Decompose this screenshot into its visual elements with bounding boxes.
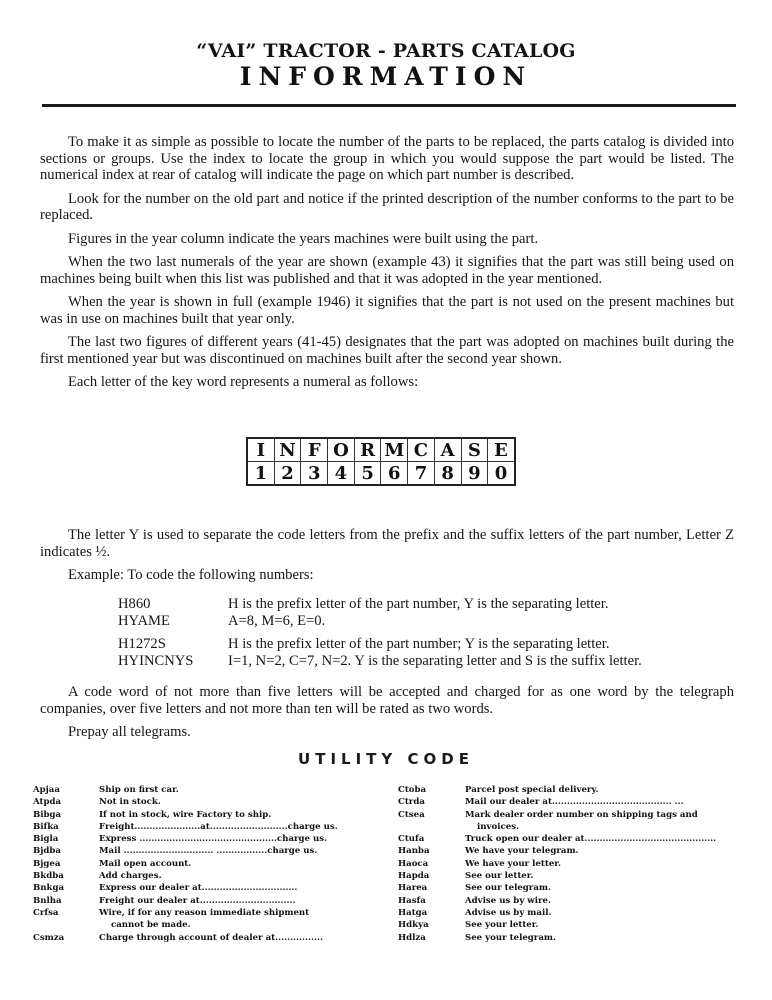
utility-code-row: AtpdaNot in stock. (33, 796, 343, 808)
utility-code-meaning-text: See your telegram. (465, 933, 556, 943)
utility-code-word: Apjaa (33, 784, 99, 796)
paragraph: The last two figures of different years … (40, 334, 734, 367)
utility-code-row: ApjaaShip on first car. (33, 784, 343, 796)
catalog-page: “VAI” TRACTOR - PARTS CATALOG INFORMATIO… (0, 0, 772, 1000)
example-row: HYINCNYS I=1, N=2, C=7, N=2. Y is the se… (118, 653, 642, 670)
example-row: H860 H is the prefix letter of the part … (118, 596, 642, 613)
utility-code-meaning: Express our dealer at...................… (99, 882, 343, 894)
utility-code-word: Bjgea (33, 858, 99, 870)
utility-code-meaning: Parcel post special delivery. (465, 784, 734, 796)
closing-section: A code word of not more than five letter… (40, 684, 734, 748)
utility-code-word: Bibga (33, 809, 99, 821)
intro-section: To make it as simple as possible to loca… (40, 134, 734, 398)
utility-code-meaning-text: Not in stock. (99, 797, 161, 807)
utility-code-meaning: We have your letter. (465, 858, 734, 870)
utility-code-word: Crfsa (33, 907, 99, 932)
utility-code-meaning-text: See our letter. (465, 871, 534, 881)
key-letter: A (434, 438, 461, 462)
key-numeral: 0 (488, 462, 515, 486)
utility-code-meaning-text: Express our dealer at...................… (99, 883, 297, 893)
utility-code-meaning-text: We have your telegram. (465, 846, 579, 856)
utility-code-meaning: If not in stock, wire Factory to ship. (99, 809, 343, 821)
utility-code-meaning: See your telegram. (465, 932, 734, 944)
utility-code-meaning-text: Advise us by wire. (465, 896, 551, 906)
utility-code-word: Bkdba (33, 870, 99, 882)
utility-code-row: BnlhaFreight our dealer at..............… (33, 895, 343, 907)
utility-code-word: Harea (398, 882, 465, 894)
utility-code-meaning-continuation: invoices. (465, 821, 734, 833)
utility-code-row: BjgeaMail open account. (33, 858, 343, 870)
paragraph: Look for the number on the old part and … (40, 191, 734, 224)
example-code: HYAME (118, 613, 228, 630)
utility-code-word: Bnlha (33, 895, 99, 907)
utility-code-row: CtrdaMail our dealer at.................… (398, 796, 734, 808)
example-text: H is the prefix letter of the part numbe… (228, 636, 609, 653)
key-letter: C (408, 438, 435, 462)
utility-code-word: Haoca (398, 858, 465, 870)
key-letter: I (247, 438, 274, 462)
utility-code-row: BibgaIf not in stock, wire Factory to sh… (33, 809, 343, 821)
example-group: H1272S H is the prefix letter of the par… (118, 636, 642, 669)
example-code: H1272S (118, 636, 228, 653)
paragraph: When the year is shown in full (example … (40, 294, 734, 327)
utility-code-word: Hdkya (398, 919, 465, 931)
utility-code-word: Hatga (398, 907, 465, 919)
utility-code-meaning: Mail open account. (99, 858, 343, 870)
utility-code-meaning-text: Ship on first car. (99, 785, 179, 795)
example-group: H860 H is the prefix letter of the part … (118, 596, 642, 629)
utility-code-meaning-text: Freight our dealer at...................… (99, 896, 296, 906)
utility-code-meaning-text: Add charges. (99, 871, 162, 881)
utility-code-meaning: Advise us by mail. (465, 907, 734, 919)
example-row: HYAME A=8, M=6, E=0. (118, 613, 642, 630)
utility-code-word: Csmza (33, 932, 99, 944)
utility-code-word: Hanba (398, 845, 465, 857)
utility-code-meaning: See our letter. (465, 870, 734, 882)
utility-code-word: Ctufa (398, 833, 465, 845)
paragraph: Figures in the year column indicate the … (40, 231, 734, 248)
utility-code-meaning-text: We have your letter. (465, 859, 561, 869)
paragraph: Example: To code the following numbers: (40, 567, 734, 584)
utility-code-meaning: Express ................................… (99, 833, 343, 845)
utility-code-word: Hasfa (398, 895, 465, 907)
key-numerals-row: 1 2 3 4 5 6 7 8 9 0 (247, 462, 515, 486)
utility-code-meaning: See your letter. (465, 919, 734, 931)
utility-code-meaning: Freight our dealer at...................… (99, 895, 343, 907)
utility-code-meaning: Freight......................at.........… (99, 821, 343, 833)
utility-code-row: HdlzaSee your telegram. (398, 932, 734, 944)
utility-code-row: BjdbaMail ..............................… (33, 845, 343, 857)
paragraph: The letter Y is used to separate the cod… (40, 527, 734, 560)
catalog-subtitle: “VAI” TRACTOR - PARTS CATALOG (0, 40, 772, 62)
key-numeral: 9 (461, 462, 488, 486)
key-numeral: 5 (354, 462, 381, 486)
utility-code-meaning-text: Advise us by mail. (465, 908, 552, 918)
utility-code-title: UTILITY CODE (0, 750, 772, 768)
paragraph: When the two last numerals of the year a… (40, 254, 734, 287)
utility-code-word: Ctrda (398, 796, 465, 808)
utility-code-row: BifkaFreight......................at....… (33, 821, 343, 833)
utility-code-meaning-text: Mail our dealer at......................… (465, 797, 684, 807)
utility-code-word: Bifka (33, 821, 99, 833)
utility-code-word: Hdlza (398, 932, 465, 944)
utility-code-meaning-text: If not in stock, wire Factory to ship. (99, 810, 271, 820)
utility-code-row: CtufaTruck open our dealer at...........… (398, 833, 734, 845)
key-numeral: 1 (247, 462, 274, 486)
utility-code-meaning-text: Wire, if for any reason immediate shipme… (99, 908, 309, 918)
key-numeral: 8 (434, 462, 461, 486)
key-letter: R (354, 438, 381, 462)
utility-code-meaning-text: Charge through account of dealer at.....… (99, 933, 323, 943)
key-letter: E (488, 438, 515, 462)
utility-code-row: BnkgaExpress our dealer at..............… (33, 882, 343, 894)
paragraph: Prepay all telegrams. (40, 724, 734, 741)
key-letter: M (381, 438, 408, 462)
utility-code-word: Ctoba (398, 784, 465, 796)
utility-code-meaning-continuation: cannot be made. (99, 919, 343, 931)
utility-code-meaning-text: Mail open account. (99, 859, 191, 869)
paragraph: A code word of not more than five letter… (40, 684, 734, 717)
key-letter: S (461, 438, 488, 462)
header-divider (42, 104, 736, 107)
utility-code-word: Ctsea (398, 809, 465, 834)
utility-code-meaning-text: Freight......................at.........… (99, 822, 338, 832)
utility-code-meaning-text: Express ................................… (99, 834, 327, 844)
utility-code-meaning-text: See our telegram. (465, 883, 551, 893)
key-numeral: 3 (301, 462, 328, 486)
utility-code-word: Bjdba (33, 845, 99, 857)
key-numeral: 2 (274, 462, 301, 486)
utility-code-meaning: Advise us by wire. (465, 895, 734, 907)
example-row: H1272S H is the prefix letter of the par… (118, 636, 642, 653)
utility-code-row: HareaSee our telegram. (398, 882, 734, 894)
paragraph: Each letter of the key word represents a… (40, 374, 734, 391)
utility-code-meaning: Mail our dealer at......................… (465, 796, 734, 808)
utility-code-meaning-text: See your letter. (465, 920, 539, 930)
utility-code-meaning: We have your telegram. (465, 845, 734, 857)
utility-code-row: HdkyaSee your letter. (398, 919, 734, 931)
utility-code-meaning: Not in stock. (99, 796, 343, 808)
coding-examples: H860 H is the prefix letter of the part … (118, 596, 642, 676)
page-title: INFORMATION (0, 62, 772, 91)
utility-code-word: Atpda (33, 796, 99, 808)
utility-code-row: CtobaParcel post special delivery. (398, 784, 734, 796)
utility-code-row: HanbaWe have your telegram. (398, 845, 734, 857)
example-code: HYINCNYS (118, 653, 228, 670)
utility-code-row: CsmzaCharge through account of dealer at… (33, 932, 343, 944)
utility-code-meaning: Mark dealer order number on shipping tag… (465, 809, 734, 834)
utility-code-meaning-text: Mail .............................. ....… (99, 846, 317, 856)
key-word-table: I N F O R M C A S E 1 2 3 4 5 6 7 8 9 0 (246, 437, 516, 486)
utility-code-row: BiglaExpress ...........................… (33, 833, 343, 845)
utility-code-right-column: CtobaParcel post special delivery.CtrdaM… (398, 784, 734, 944)
utility-code-row: HaocaWe have your letter. (398, 858, 734, 870)
utility-code-row: HasfaAdvise us by wire. (398, 895, 734, 907)
utility-code-word: Bigla (33, 833, 99, 845)
utility-code-row: BkdbaAdd charges. (33, 870, 343, 882)
utility-code-word: Hapda (398, 870, 465, 882)
example-text: H is the prefix letter of the part numbe… (228, 596, 608, 613)
key-numeral: 6 (381, 462, 408, 486)
utility-code-left-column: ApjaaShip on first car.AtpdaNot in stock… (33, 784, 343, 944)
utility-code-meaning-text: Truck open our dealer at................… (465, 834, 716, 844)
utility-code-row: HapdaSee our letter. (398, 870, 734, 882)
utility-code-meaning: Ship on first car. (99, 784, 343, 796)
key-numeral: 4 (328, 462, 355, 486)
utility-code-meaning: Charge through account of dealer at.....… (99, 932, 343, 944)
key-letter: N (274, 438, 301, 462)
utility-code-meaning: Wire, if for any reason immediate shipme… (99, 907, 343, 932)
key-letter: O (328, 438, 355, 462)
utility-code-row: CrfsaWire, if for any reason immediate s… (33, 907, 343, 932)
utility-code-meaning: Truck open our dealer at................… (465, 833, 734, 845)
example-code: H860 (118, 596, 228, 613)
utility-code-word: Bnkga (33, 882, 99, 894)
utility-code-meaning: Add charges. (99, 870, 343, 882)
utility-code-meaning-text: Mark dealer order number on shipping tag… (465, 810, 698, 820)
example-text: A=8, M=6, E=0. (228, 613, 325, 630)
paragraph: To make it as simple as possible to loca… (40, 134, 734, 184)
utility-code-meaning-text: Parcel post special delivery. (465, 785, 598, 795)
separator-section: The letter Y is used to separate the cod… (40, 527, 734, 591)
utility-code-row: HatgaAdvise us by mail. (398, 907, 734, 919)
utility-code-meaning: See our telegram. (465, 882, 734, 894)
example-text: I=1, N=2, C=7, N=2. Y is the separating … (228, 653, 642, 670)
key-letter: F (301, 438, 328, 462)
utility-code-meaning: Mail .............................. ....… (99, 845, 343, 857)
key-letters-row: I N F O R M C A S E (247, 438, 515, 462)
utility-code-row: CtseaMark dealer order number on shippin… (398, 809, 734, 834)
key-numeral: 7 (408, 462, 435, 486)
